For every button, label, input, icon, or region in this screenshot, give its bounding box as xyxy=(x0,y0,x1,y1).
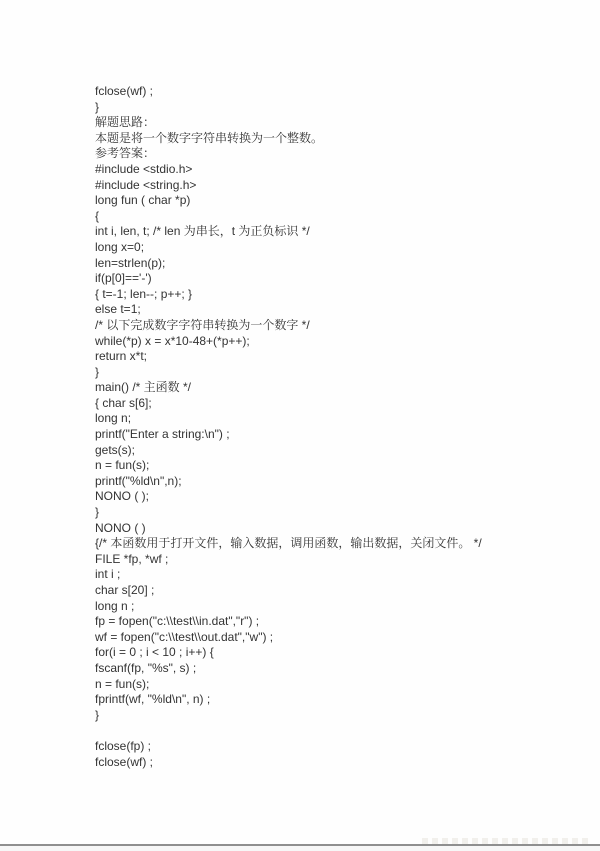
code-line: int i, len, t; /* len 为串长，t 为正负标识 */ xyxy=(95,224,580,240)
code-line: while(*p) x = x*10-48+(*p++); xyxy=(95,334,580,350)
code-line: 解题思路： xyxy=(95,115,580,131)
code-line: long n; xyxy=(95,411,580,427)
code-text: fclose(wf) ;}解题思路：本题是将一个数字字符串转换为一个整数。参考答… xyxy=(95,84,580,770)
code-line: printf("%ld\n",n); xyxy=(95,474,580,490)
code-line: { char s[6]; xyxy=(95,396,580,412)
bottom-strip xyxy=(0,846,600,851)
code-line: long fun ( char *p) xyxy=(95,193,580,209)
code-line: n = fun(s); xyxy=(95,458,580,474)
code-line: if(p[0]=='-') xyxy=(95,271,580,287)
code-line: 本题是将一个数字字符串转换为一个整数。 xyxy=(95,131,580,147)
code-line: { xyxy=(95,209,580,225)
code-line: } xyxy=(95,365,580,381)
code-line: } xyxy=(95,505,580,521)
code-line: 参考答案： xyxy=(95,146,580,162)
code-line: for(i = 0 ; i < 10 ; i++) { xyxy=(95,645,580,661)
code-line: fprintf(wf, "%ld\n", n) ; xyxy=(95,692,580,708)
document-page: fclose(wf) ;}解题思路：本题是将一个数字字符串转换为一个整数。参考答… xyxy=(0,0,600,851)
code-line: n = fun(s); xyxy=(95,677,580,693)
code-line: fscanf(fp, "%s", s) ; xyxy=(95,661,580,677)
code-line: {/* 本函数用于打开文件，输入数据，调用函数，输出数据，关闭文件。 */ xyxy=(95,536,580,552)
code-line: fclose(wf) ; xyxy=(95,84,580,100)
code-line: FILE *fp, *wf ; xyxy=(95,552,580,568)
code-line: wf = fopen("c:\\test\\out.dat","w") ; xyxy=(95,630,580,646)
code-line: return x*t; xyxy=(95,349,580,365)
code-line: int i ; xyxy=(95,567,580,583)
code-line: len=strlen(p); xyxy=(95,256,580,272)
code-line: main() /* 主函数 */ xyxy=(95,380,580,396)
code-line: NONO ( ); xyxy=(95,489,580,505)
code-line: long x=0; xyxy=(95,240,580,256)
code-line: } xyxy=(95,100,580,116)
code-line: #include <stdio.h> xyxy=(95,162,580,178)
code-line: fp = fopen("c:\\test\\in.dat","r") ; xyxy=(95,614,580,630)
code-line: fclose(wf) ; xyxy=(95,755,580,771)
code-line: printf("Enter a string:\n") ; xyxy=(95,427,580,443)
code-line: #include <string.h> xyxy=(95,178,580,194)
code-line: long n ; xyxy=(95,599,580,615)
code-line: char s[20] ; xyxy=(95,583,580,599)
code-line: fclose(fp) ; xyxy=(95,739,580,755)
code-line: } xyxy=(95,708,580,724)
code-line: { t=-1; len--; p++; } xyxy=(95,287,580,303)
code-line xyxy=(95,723,580,739)
code-line: NONO ( ) xyxy=(95,521,580,537)
code-line: /* 以下完成数字字符串转换为一个数字 */ xyxy=(95,318,580,334)
code-line: else t=1; xyxy=(95,302,580,318)
code-line: gets(s); xyxy=(95,443,580,459)
